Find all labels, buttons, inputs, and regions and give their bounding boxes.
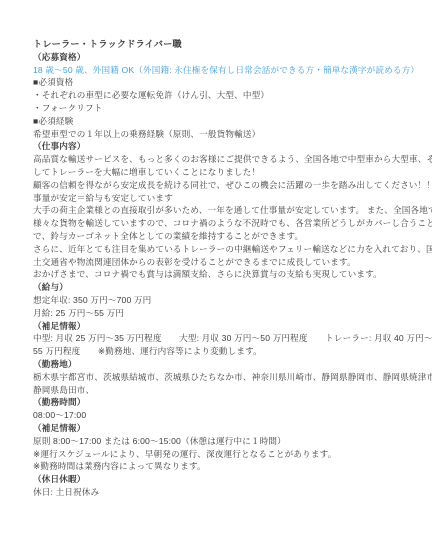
job-description-line: おかげさまで、コロナ禍でも賞与は満額支給、さらに決算賞与の支給も実現しています。: [33, 268, 404, 281]
job-description-line: してトレーラーを大幅に増車していくことになりました！: [33, 166, 404, 179]
job-description-line: 顧客の信頼を得ながら安定成長を続ける同社で、ぜひこの機会に活躍の一歩を踏み出して…: [33, 179, 404, 192]
section-heading-work-hours: （勤務時間）: [33, 396, 404, 409]
work-location-line: 栃木県宇都宮市、茨城県結城市、茨城県ひたちなか市、神奈川県川崎市、静岡県静岡市、…: [33, 371, 404, 384]
hours-notes-line: ※運行スケジュールにより、早朝発の運行、深夜運行となることがあります。: [33, 448, 404, 461]
hours-notes-line: ※勤務時間は業務内容によって異なります。: [33, 460, 404, 473]
work-location-line: 静岡県島田市、: [33, 384, 404, 397]
salary-annual: 想定年収: 350 万円～700 万円: [33, 294, 404, 307]
job-title: トレーラー・トラックドライバー職: [33, 38, 404, 51]
salary-monthly: 月給: 25 万円～55 万円: [33, 307, 404, 320]
section-heading-qualifications: （応募資格）: [33, 51, 404, 64]
section-heading-salary-notes: （補足情報）: [33, 320, 404, 333]
section-heading-salary: （給与）: [33, 281, 404, 294]
job-description-line: で、鈴与カーゴネット全体としての業績を維持することができます。: [33, 230, 404, 243]
job-description-line: 事量が安定＝給与も安定しています: [33, 192, 404, 205]
job-description-line: さらに、近年とても注目を集めているトレーラーの中継輸送やフェリー輸送などに力を入…: [33, 243, 404, 256]
section-heading-job-description: （仕事内容）: [33, 140, 404, 153]
section-heading-holidays: （休日休暇）: [33, 473, 404, 486]
required-experience-label: ■必須経験: [33, 115, 404, 128]
section-heading-work-location: （勤務地）: [33, 358, 404, 371]
job-description-line: 高品質な輸送サービスを、もっと多くのお客様にご提供できるよう、全国各地で中型車か…: [33, 153, 404, 166]
job-description-line: 土交通省や物流関連団体からの表彰を受けることができるまでに成長しています。: [33, 256, 404, 269]
qualification-age-nationality: 18 歳～50 歳、外国籍 OK（外国籍: 永住権を保有し日常会話ができる方・簡…: [33, 64, 404, 77]
salary-notes-line: 55 万円程度 ※勤務地、運行内容等により変動します。: [33, 345, 404, 358]
job-description-line: 大手の荷主企業様との直接取引が多いため、一年を通して仕事量が安定しています。 ま…: [33, 204, 404, 217]
section-heading-hours-notes: （補足情報）: [33, 422, 404, 435]
holidays-value: 休日: 土日祝休み: [33, 486, 404, 499]
hours-notes-line: 原則 8:00～17:00 または 6:00～15:00（休憩は運行中に１時間）: [33, 435, 404, 448]
job-posting-document: トレーラー・トラックドライバー職 （応募資格） 18 歳～50 歳、外国籍 OK…: [0, 0, 432, 540]
job-description-line: 様々な貨物を輸送していますので、コロナ禍のような不況時でも、各営業所どうしがカバ…: [33, 217, 404, 230]
work-hours-value: 08:00～17:00: [33, 409, 404, 422]
required-experience-detail: 希望車型での１年以上の乗務経験（原則、一般貨物輸送）: [33, 128, 404, 141]
salary-notes-line: 中型: 月収 25 万円～35 万円程度 大型: 月収 30 万円～50 万円程…: [33, 332, 404, 345]
required-license-item: ・それぞれの車型に必要な運転免許（けん引、大型、中型）: [33, 89, 404, 102]
required-license-forklift: ・フォークリフト: [33, 102, 404, 115]
required-licenses-label: ■必須資格: [33, 76, 404, 89]
